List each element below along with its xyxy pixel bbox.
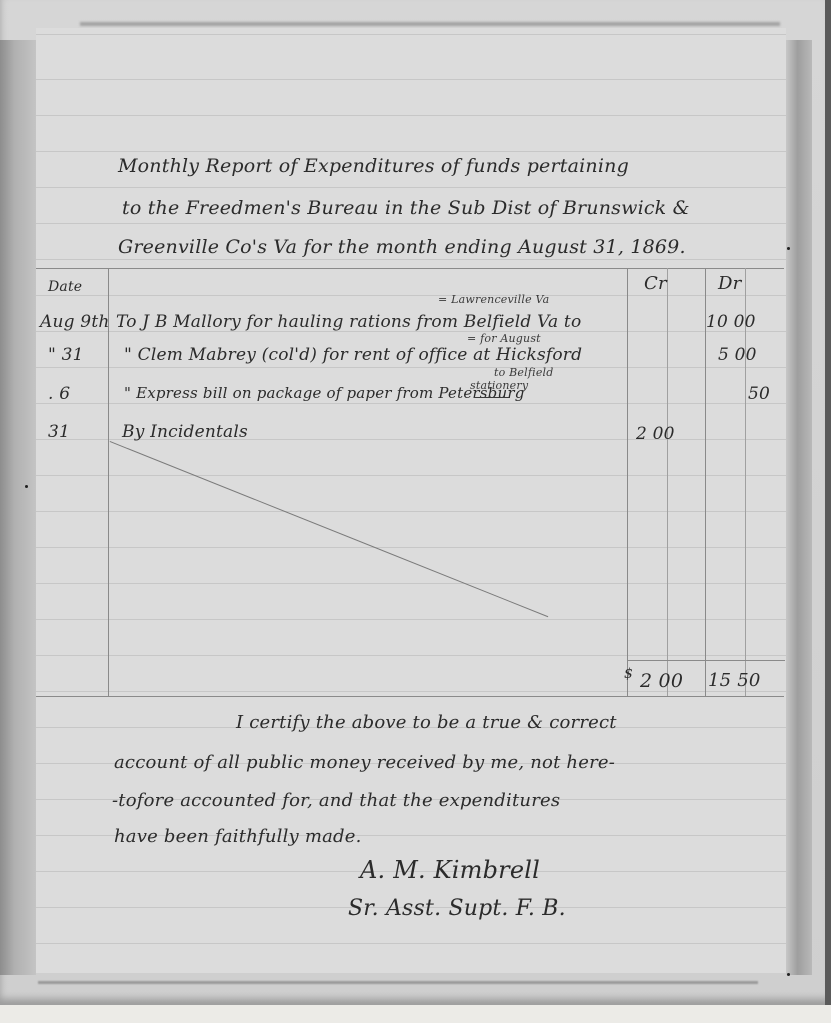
total-debit: 15 50 (708, 670, 761, 691)
row-3-date: . 6 (48, 384, 70, 404)
row-3-debit: 50 (748, 384, 770, 404)
certification-line-2: account of all public money received by … (114, 752, 615, 773)
scan-speck-left (25, 485, 28, 488)
row-2-date: " 31 (48, 345, 84, 365)
report-title-line-1: Monthly Report of Expenditures of funds … (118, 155, 629, 177)
row-3-note: to Belfield (494, 366, 554, 379)
row-3-description: " Express bill on package of paper from … (124, 384, 525, 402)
row-4-date: 31 (48, 422, 70, 442)
left-binding-shadow (0, 40, 36, 975)
row-1-debit: 10 00 (706, 312, 756, 332)
date-column-rule (108, 268, 109, 696)
credit-cents-rule (667, 268, 668, 696)
header-credit: Cr (644, 273, 667, 294)
row-2-description: " Clem Mabrey (col'd) for rent of office… (124, 345, 582, 365)
signature-name: A. M. Kimbrell (360, 856, 540, 884)
row-4-description: By Incidentals (122, 422, 248, 442)
totals-top-rule (627, 660, 785, 661)
scan-bottom-edge (38, 981, 758, 984)
totals-currency-mark: $ (624, 666, 633, 682)
right-scan-edge (825, 0, 831, 1005)
scan-speck-right-bottom (787, 973, 790, 976)
row-4-credit: 2 00 (636, 424, 675, 444)
table-bottom-rule (36, 696, 784, 697)
debit-cents-rule (745, 268, 746, 696)
row-1-date: Aug 9th (40, 312, 110, 332)
certification-line-3: -tofore accounted for, and that the expe… (112, 790, 560, 811)
total-credit: 2 00 (640, 670, 683, 692)
header-date: Date (48, 279, 82, 295)
row-3-strikethrough (474, 397, 510, 398)
table-top-rule (36, 268, 784, 269)
certification-line-4: have been faithfully made. (114, 826, 362, 847)
header-debit: Dr (718, 273, 741, 294)
row-2-note: = for August (467, 332, 541, 345)
report-title-line-3: Greenville Co's Va for the month ending … (118, 236, 686, 258)
report-title-line-2: to the Freedmen's Bureau in the Sub Dist… (122, 197, 690, 219)
scan-top-edge (80, 22, 780, 26)
row-1-description: To J B Mallory for hauling rations from … (116, 312, 581, 332)
debit-column-left-rule (705, 268, 706, 696)
row-2-debit: 5 00 (718, 345, 757, 365)
certification-line-1: I certify the above to be a true & corre… (236, 712, 617, 733)
signature-title: Sr. Asst. Supt. F. B. (348, 896, 566, 921)
row-1-note: = Lawrenceville Va (438, 293, 549, 306)
right-fold-shadow (786, 40, 812, 975)
scan-speck-right-top (787, 247, 790, 250)
credit-column-left-rule (627, 268, 628, 696)
